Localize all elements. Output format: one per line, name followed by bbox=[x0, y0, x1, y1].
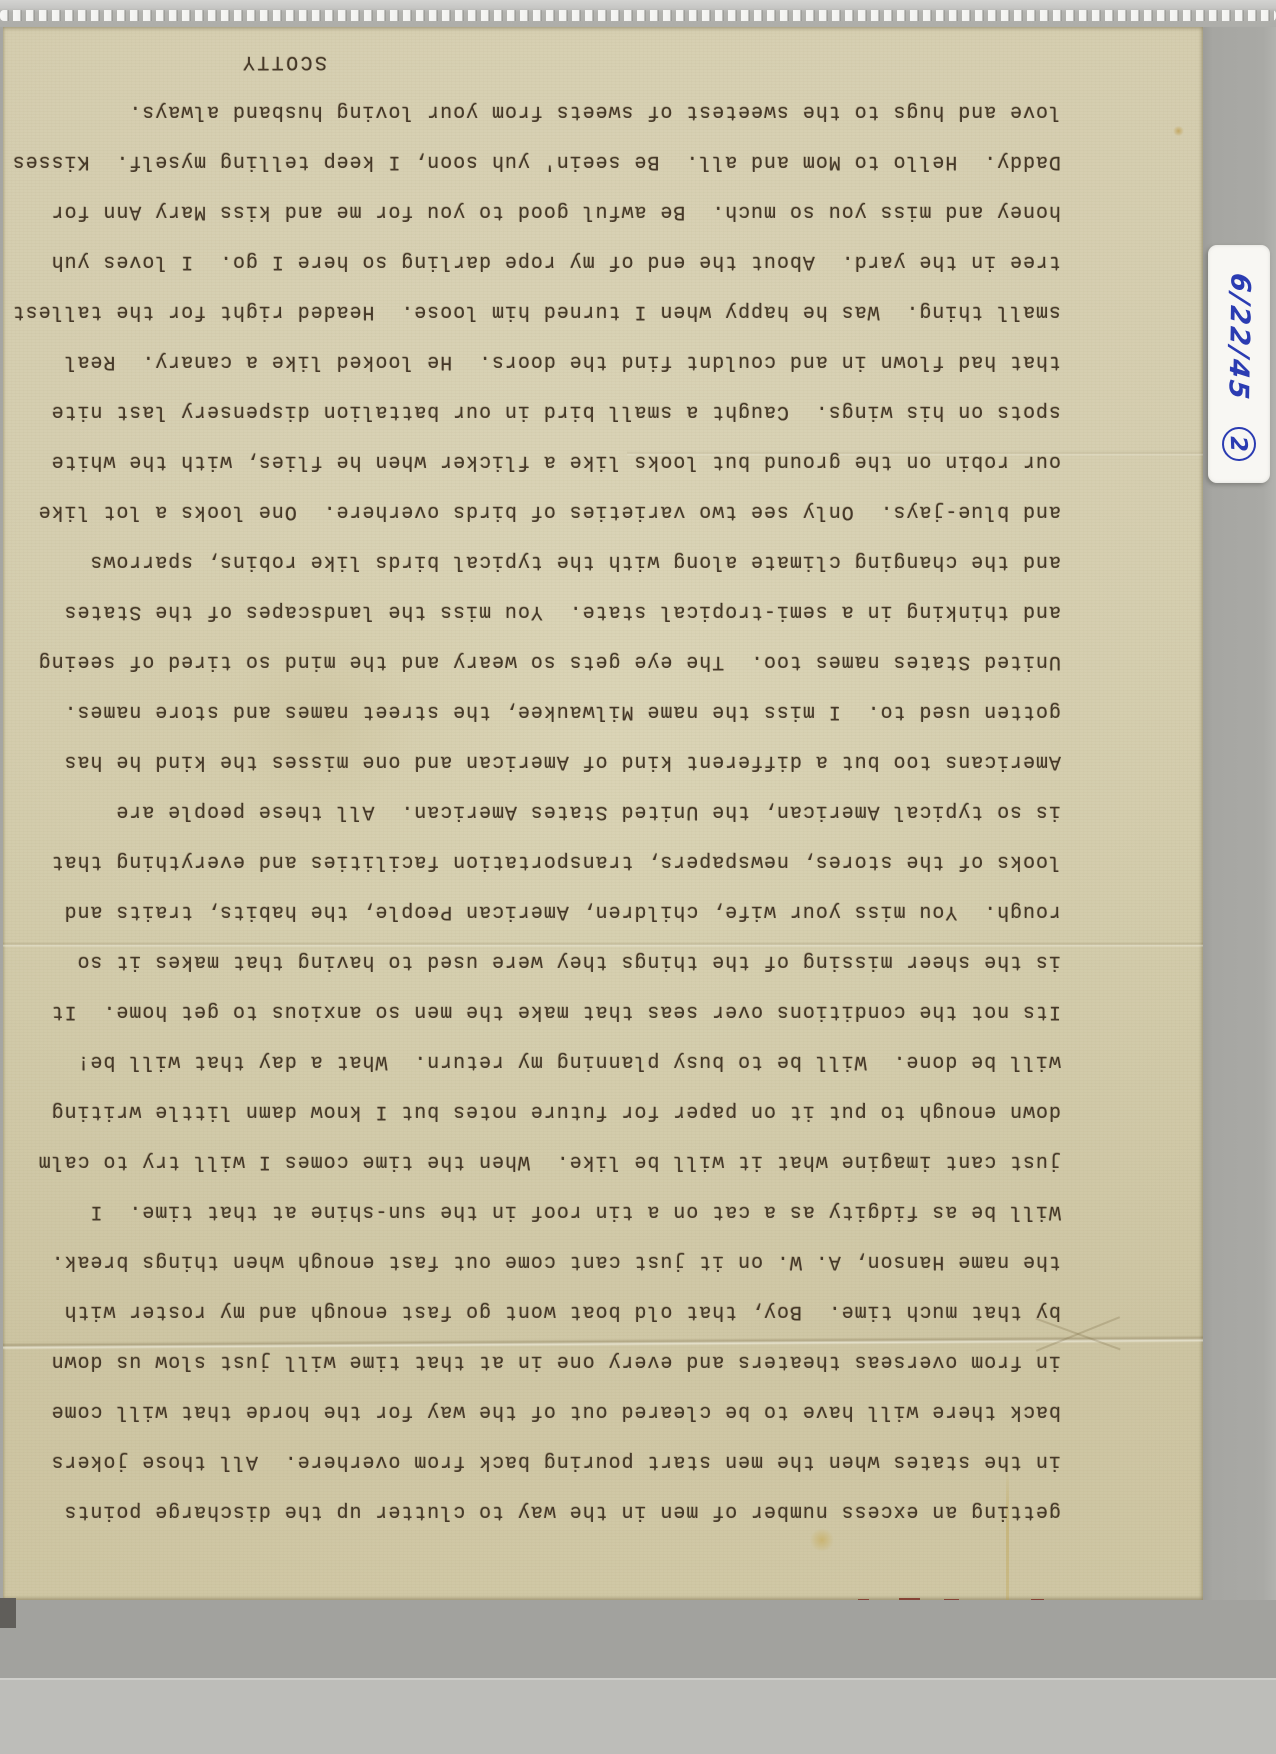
letter-line: Americans too but a different kind of Am… bbox=[17, 736, 1061, 786]
letter-line: just cant imagine what it will be like. … bbox=[17, 1136, 1061, 1186]
letter-line: by that much time. Boy, that old boat wo… bbox=[17, 1286, 1061, 1336]
scanned-letter-page: getting an excess number of men in the w… bbox=[0, 0, 1276, 1754]
letter-line: and the changing climate along with the … bbox=[17, 536, 1061, 586]
letter-line: in from overseas theaters and every one … bbox=[17, 1336, 1061, 1386]
letter-line: the name Hanson, A. W. on it just cant c… bbox=[17, 1236, 1061, 1286]
label-page-number-badge: 2 bbox=[1221, 426, 1256, 461]
sleeve-top-strip bbox=[0, 0, 1276, 27]
letter-line: in the states when the men start pouring… bbox=[17, 1436, 1061, 1486]
letter-line: is so typical American, the United State… bbox=[17, 786, 1061, 836]
letter-line: getting an excess number of men in the w… bbox=[17, 1486, 1061, 1536]
letter-line: down enough to put it on paper for futur… bbox=[17, 1086, 1061, 1136]
sleeve-perforations-icon bbox=[0, 10, 1276, 21]
letter-body: getting an excess number of men in the w… bbox=[3, 27, 1203, 1600]
letter-line: small thing. Was he happy when I turned … bbox=[17, 286, 1061, 336]
letter-line: Will be as fidgity as a cat on a tin roo… bbox=[17, 1186, 1061, 1236]
signature: SCOTTY bbox=[17, 36, 327, 86]
letter-line: and blue-jays. Only see two varieties of… bbox=[17, 486, 1061, 536]
letter-line: looks of the stores, newspapers, transpo… bbox=[17, 836, 1061, 886]
letter-line: honey and miss you so much. Be awful goo… bbox=[17, 186, 1061, 236]
letter-paper: getting an excess number of men in the w… bbox=[3, 27, 1203, 1600]
letter-line: United States names too. The eye gets so… bbox=[17, 636, 1061, 686]
letter-line: that had flown in and couldnt find the d… bbox=[17, 336, 1061, 386]
letter-line: is the sheer missing of the things they … bbox=[17, 936, 1061, 986]
letter-line: back there will have to be cleared out o… bbox=[17, 1386, 1061, 1436]
letter-line: our robin on the ground but looks like a… bbox=[17, 436, 1061, 486]
letter-lines: getting an excess number of men in the w… bbox=[17, 86, 1061, 1536]
letter-line: spots on his wings. Caught a small bird … bbox=[17, 386, 1061, 436]
letter-line: Daddy. Hello to Mom and all. Be seein' y… bbox=[17, 136, 1061, 186]
letter-line: and thinking in a semi-tropical state. Y… bbox=[17, 586, 1061, 636]
letter-line: Its not the conditions over seas that ma… bbox=[17, 986, 1061, 1036]
archival-label: 6/22/45 2 bbox=[1208, 245, 1270, 483]
letter-line: rough. You miss your wife, children, Ame… bbox=[17, 886, 1061, 936]
letter-line: gotten used to. I miss the name Milwauke… bbox=[17, 686, 1061, 736]
label-page-number: 2 bbox=[1225, 436, 1252, 453]
scanner-corner-shadow bbox=[0, 1598, 16, 1628]
scanner-background-mid bbox=[0, 1600, 1276, 1678]
letter-line: love and hugs to the sweetest of sweets … bbox=[17, 86, 1061, 136]
letter-line: will be done. Will be to busy planning m… bbox=[17, 1036, 1061, 1086]
scanner-background-lower bbox=[0, 1678, 1276, 1754]
letter-rotated-content: getting an excess number of men in the w… bbox=[3, 27, 1203, 1600]
letter-line: tree in the yard. About the end of my ro… bbox=[17, 236, 1061, 286]
label-date: 6/22/45 bbox=[1222, 271, 1255, 402]
